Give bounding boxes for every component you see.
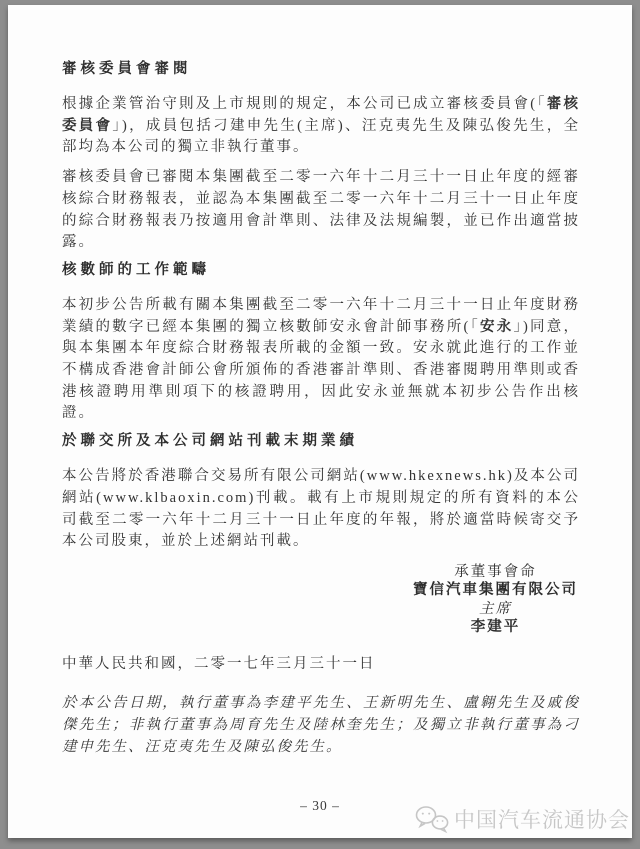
document-body: 審核委員會審閱 根據企業管治守則及上市規則的規定，本公司已成立審核委員會(「審核…	[8, 5, 632, 758]
paragraph-directors-note: 於本公告日期，執行董事為李建平先生、王新明先生、盧翱先生及戚俊傑先生；非執行董事…	[62, 692, 580, 758]
text-segment: 根據企業管治守則及上市規則的規定，本公司已成立審核委員會(「	[62, 96, 547, 112]
paragraph-auditor-scope: 本初步公告所載有關本集團截至二零一六年十二月三十一日止年度財務業績的數字已經本集…	[62, 295, 580, 425]
paragraph-audit-committee-reviewed-results: 審核委員會已審閱本集團截至二零一六年十二月三十一日止年度的經審核綜合財務報表，並…	[62, 167, 580, 254]
paragraph-publication: 本公告將於香港聯合交易所有限公司網站(www.hkexnews.hk)及本公司網…	[62, 466, 580, 553]
section-heading-publication: 於聯交所及本公司網站刊載末期業績	[62, 433, 580, 450]
signature-title: 主席	[413, 600, 578, 619]
dateline: 中華人民共和國，二零一七年三月三十一日	[62, 652, 580, 673]
signature-company-name: 寶信汽車集團有限公司	[413, 581, 578, 600]
watermark: 中国汽车流通协会	[414, 804, 630, 834]
signature-person-name: 李建平	[413, 618, 578, 637]
text-segment-bold: 安永	[480, 319, 513, 335]
signature-by-order: 承董事會命	[413, 563, 578, 582]
wechat-icon	[414, 804, 450, 834]
watermark-text: 中国汽车流通协会	[454, 804, 630, 834]
section-heading-auditor-scope: 核數師的工作範疇	[62, 262, 580, 279]
document-page: 審核委員會審閱 根據企業管治守則及上市規則的規定，本公司已成立審核委員會(「審核…	[8, 5, 632, 838]
section-heading-audit-committee-review: 審核委員會審閱	[62, 61, 580, 78]
signature-block: 承董事會命 寶信汽車集團有限公司 主席 李建平	[413, 563, 578, 637]
paragraph-audit-committee-formation: 根據企業管治守則及上市規則的規定，本公司已成立審核委員會(「審核委員會」)，成員…	[62, 94, 580, 159]
text-segment: 」)，成員包括刁建申先生(主席)、汪克夷先生及陳弘俊先生，全部均為本公司的獨立非…	[62, 118, 580, 156]
